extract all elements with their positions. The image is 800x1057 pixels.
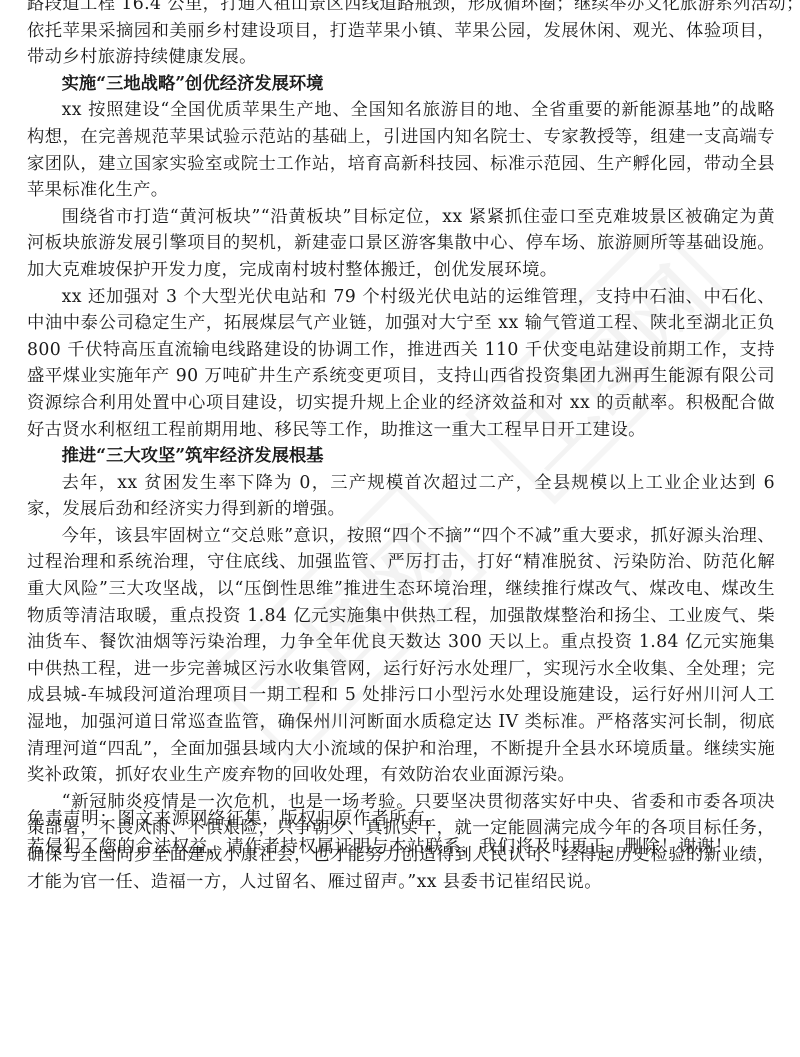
article-body: 路段道工程 16.4 公里，打通人祖山景区西线道路瓶颈，形成循环圈；继续举办文化… bbox=[27, 0, 775, 895]
paragraph: xx 还加强对 3 个大型光伏电站和 79 个村级光伏电站的运维管理，支持中石油… bbox=[27, 284, 775, 444]
disclaimer: 免责声明：图文来源网络征集，版权归原作者所有。 若侵犯了您的合法权益，请作者持权… bbox=[27, 805, 787, 861]
disclaimer-line: 若侵犯了您的合法权益，请作者持权属证明与本站联系，我们将及时更正、删除！谢谢！ bbox=[27, 833, 787, 861]
paragraph: 围绕省市打造“黄河板块”“沿黄板块”目标定位，xx 紧紧抓住壶口至克难坡景区被确… bbox=[27, 204, 775, 284]
paragraph-partial: 路段道工程 16.4 公里，打通人祖山景区西线道路瓶颈，形成循环圈；继续举办文化… bbox=[27, 0, 775, 18]
paragraph: xx 按照建设“全国优质苹果生产地、全国知名旅游目的地、全省重要的新能源基地”的… bbox=[27, 97, 775, 203]
paragraph: 去年，xx 贫困发生率下降为 0，三产规模首次超过二产，全县规模以上工业企业达到… bbox=[27, 470, 775, 523]
paragraph: 今年，该县牢固树立“交总账”意识，按照“四个不摘”“四个不减”重大要求，抓好源头… bbox=[27, 523, 775, 789]
disclaimer-line: 免责声明：图文来源网络征集，版权归原作者所有。 bbox=[27, 805, 787, 833]
section-heading: 实施“三地战略”创优经济发展环境 bbox=[27, 71, 775, 98]
section-heading: 推进“三大攻坚”筑牢经济发展根基 bbox=[27, 443, 775, 470]
paragraph: 依托苹果采摘园和美丽乡村建设项目，打造苹果小镇、苹果公园，发展休闲、观光、体验项… bbox=[27, 18, 775, 71]
